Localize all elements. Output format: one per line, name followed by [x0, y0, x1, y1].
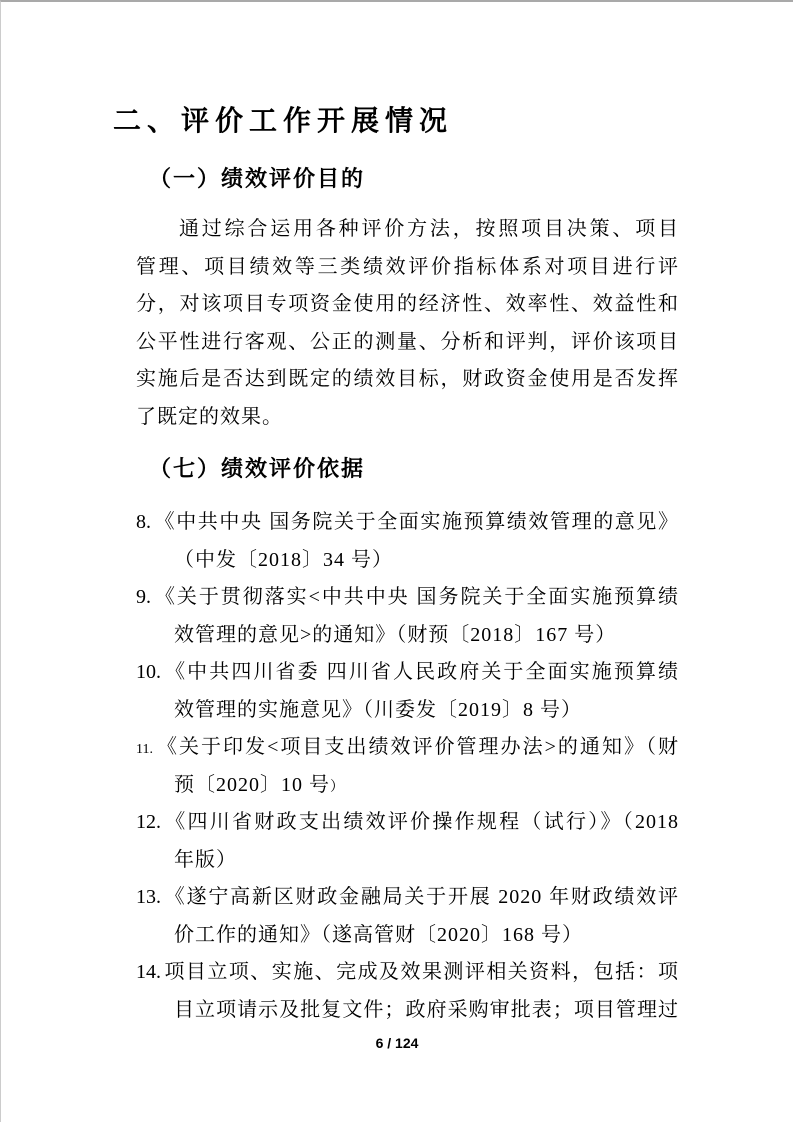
subsection-title-purpose: （一）绩效评价目的: [149, 164, 793, 194]
page-number: 6 / 124: [1, 1035, 793, 1051]
list-item-text: 项目立项、实施、完成及效果测评相关资料，包括：项: [164, 961, 679, 983]
list-item-number: 12.: [136, 811, 164, 833]
paragraph-line: 公平性进行客观、公正的测量、分析和评判，评价该项目: [136, 324, 679, 362]
list-item-line: 10.《中共四川省委 四川省人民政府关于全面实施预算绩: [136, 654, 679, 692]
document-page: 二、评价工作开展情况 （一）绩效评价目的 通过综合运用各种评价方法，按照项目决策…: [0, 0, 793, 1122]
list-item-text: 《关于印发<项目支出绩效评价管理办法>的通知》（财: [156, 736, 679, 758]
list-item-text: 价工作的通知》（遂高管财〔2020〕168 号）: [174, 924, 583, 946]
paragraph-line: 了既定的效果。: [136, 399, 679, 437]
list-item-number: 13.: [136, 886, 164, 908]
list-item-number: 8.: [136, 511, 154, 533]
list-item-text: 《关于贯彻落实<中共中央 国务院关于全面实施预算绩: [154, 586, 679, 608]
list-item-line: 9.《关于贯彻落实<中共中央 国务院关于全面实施预算绩: [136, 579, 679, 617]
list-item-line: 11.《关于印发<项目支出绩效评价管理办法>的通知》（财: [136, 729, 679, 767]
subsection-title-basis: （七）绩效评价依据: [149, 454, 793, 484]
list-item-number: 14.: [136, 961, 164, 983]
list-item-text: （中发〔2018〕34 号）: [174, 549, 393, 571]
paragraph-line: 管理、项目绩效等三类绩效评价指标体系对项目进行评: [136, 249, 679, 287]
list-item-text: 效管理的实施意见》（川委发〔2019〕8 号）: [174, 699, 582, 721]
list-item-line: 效管理的实施意见》（川委发〔2019〕8 号）: [136, 692, 679, 730]
paragraph-line: 通过综合运用各种评价方法，按照项目决策、项目: [136, 211, 679, 249]
list-item-text: 年版）: [174, 849, 237, 871]
section-heading: 二、评价工作开展情况: [113, 104, 793, 138]
list-item-text: 《四川省财政支出绩效评价操作规程（试行）》（2018: [164, 811, 679, 833]
purpose-paragraph: 通过综合运用各种评价方法，按照项目决策、项目 管理、项目绩效等三类绩效评价指标体…: [136, 211, 679, 436]
list-item-line: 8.《中共中央 国务院关于全面实施预算绩效管理的意见》: [136, 504, 679, 542]
list-item-text: 预〔2020〕10 号: [174, 774, 330, 796]
list-item-line: 价工作的通知》（遂高管财〔2020〕168 号）: [136, 917, 679, 955]
list-item-number: 11.: [136, 742, 156, 757]
list-item-text-suffix: ）: [330, 780, 345, 795]
paragraph-line: 分，对该项目专项资金使用的经济性、效率性、效益性和: [136, 286, 679, 324]
list-item-text: 《中共四川省委 四川省人民政府关于全面实施预算绩: [164, 661, 679, 683]
list-item-text: 《中共中央 国务院关于全面实施预算绩效管理的意见》: [154, 511, 679, 533]
list-item-number: 10.: [136, 661, 164, 683]
list-item-line: 目立项请示及批复文件；政府采购审批表；项目管理过: [136, 992, 679, 1030]
list-item-line: 预〔2020〕10 号）: [136, 767, 679, 805]
list-item-number: 9.: [136, 586, 154, 608]
list-item-line: 12.《四川省财政支出绩效评价操作规程（试行）》（2018: [136, 804, 679, 842]
list-item-line: 13.《遂宁高新区财政金融局关于开展 2020 年财政绩效评: [136, 879, 679, 917]
list-item-line: 年版）: [136, 842, 679, 880]
list-item-text: 《遂宁高新区财政金融局关于开展 2020 年财政绩效评: [164, 886, 679, 908]
list-item-line: （中发〔2018〕34 号）: [136, 542, 679, 580]
reference-list: 8.《中共中央 国务院关于全面实施预算绩效管理的意见》 （中发〔2018〕34 …: [136, 504, 679, 1029]
list-item-text: 效管理的意见>的通知》（财预〔2018〕167 号）: [174, 624, 616, 646]
list-item-line: 效管理的意见>的通知》（财预〔2018〕167 号）: [136, 617, 679, 655]
paragraph-line: 实施后是否达到既定的绩效目标，财政资金使用是否发挥: [136, 361, 679, 399]
list-item-line: 14.项目立项、实施、完成及效果测评相关资料，包括：项: [136, 954, 679, 992]
list-item-text: 目立项请示及批复文件；政府采购审批表；项目管理过: [174, 999, 679, 1021]
